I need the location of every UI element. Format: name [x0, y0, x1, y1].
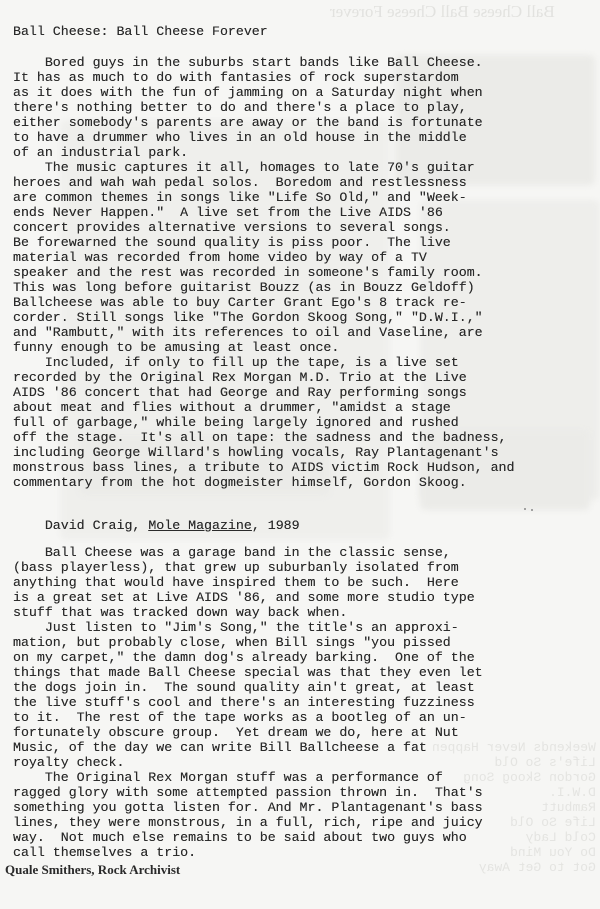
- text-line: This was long before guitarist Bouzz (as…: [13, 280, 514, 295]
- text-line: royalty check.: [13, 755, 483, 770]
- text-line: of an industrial park.: [13, 145, 514, 160]
- review-1-body: Bored guys in the suburbs start bands li…: [13, 55, 514, 490]
- text-line: corder. Still songs like "The Gordon Sko…: [13, 310, 514, 325]
- review-2-byline: Quale Smithers, Rock Archivist: [5, 862, 180, 878]
- text-line: Bored guys in the suburbs start bands li…: [13, 55, 514, 70]
- text-line: Just listen to "Jim's Song," the title's…: [13, 620, 483, 635]
- scan-speck: [531, 509, 533, 511]
- byline-year: , 1989: [252, 518, 300, 533]
- text-line: way. Not much else remains to be said ab…: [13, 830, 483, 845]
- text-line: and "Rambutt," with its references to oi…: [13, 325, 514, 340]
- text-line: speaker and the rest was recorded in som…: [13, 265, 514, 280]
- review-1-byline: David Craig, Mole Magazine, 1989: [13, 503, 300, 548]
- text-line: either somebody's parents are away or th…: [13, 115, 514, 130]
- text-line: things that made Ball Cheese special was…: [13, 665, 483, 680]
- text-line: The Original Rex Morgan stuff was a perf…: [13, 770, 483, 785]
- text-line: AIDS '86 concert that had George and Ray…: [13, 385, 514, 400]
- text-line: something you gotta listen for. And Mr. …: [13, 800, 483, 815]
- text-line: heroes and wah wah pedal solos. Boredom …: [13, 175, 514, 190]
- text-line: are common themes in songs like "Life So…: [13, 190, 514, 205]
- text-line: ends Never Happen." A live set from the …: [13, 205, 514, 220]
- document-page: Ball Cheese: Ball Cheese Forever Bored g…: [13, 0, 600, 120]
- text-line: The music captures it all, homages to la…: [13, 160, 514, 175]
- text-line: mation, but probably close, when Bill si…: [13, 635, 483, 650]
- scan-speck: [524, 508, 526, 510]
- text-line: (bass playerless), that grew up suburban…: [13, 560, 483, 575]
- byline-author: David Craig,: [45, 518, 148, 533]
- text-line: monstrous bass lines, a tribute to AIDS …: [13, 460, 514, 475]
- text-line: the dogs join in. The sound quality ain'…: [13, 680, 483, 695]
- text-line: as it does with the fun of jamming on a …: [13, 85, 514, 100]
- text-line: the live stuff's cool and there's an int…: [13, 695, 483, 710]
- text-line: concert provides alternative versions to…: [13, 220, 514, 235]
- text-line: fortunately obscure group. Yet dream we …: [13, 725, 483, 740]
- text-line: Ball Cheese was a garage band in the cla…: [13, 545, 483, 560]
- text-line: ragged glory with some attempted passion…: [13, 785, 483, 800]
- text-line: anything that would have inspired them t…: [13, 575, 483, 590]
- text-line: stuff that was tracked down way back whe…: [13, 605, 483, 620]
- byline-publication: Mole Magazine: [148, 518, 251, 533]
- text-line: recorded by the Original Rex Morgan M.D.…: [13, 370, 514, 385]
- text-line: to have a drummer who lives in an old ho…: [13, 130, 514, 145]
- text-line: material was recorded from home video by…: [13, 250, 514, 265]
- text-line: call themselves a trio.: [13, 845, 483, 860]
- review-2-body: Ball Cheese was a garage band in the cla…: [13, 545, 483, 860]
- text-line: funny enough to be amusing at least once…: [13, 340, 514, 355]
- text-line: on my carpet," the damn dog's already ba…: [13, 650, 483, 665]
- text-line: Music, of the day we can write Bill Ball…: [13, 740, 483, 755]
- text-line: off the stage. It's all on tape: the sad…: [13, 430, 514, 445]
- text-line: commentary from the hot dogmeister himse…: [13, 475, 514, 490]
- text-line: Included, if only to fill up the tape, i…: [13, 355, 514, 370]
- text-line: Ballcheese was able to buy Carter Grant …: [13, 295, 514, 310]
- text-line: to it. The rest of the tape works as a b…: [13, 710, 483, 725]
- review-title: Ball Cheese: Ball Cheese Forever: [13, 24, 268, 39]
- text-line: is a great set at Live AIDS '86, and som…: [13, 590, 483, 605]
- text-line: full of garbage," while being largely ig…: [13, 415, 514, 430]
- text-line: lines, they were monstrous, in a full, r…: [13, 815, 483, 830]
- text-line: It has as much to do with fantasies of r…: [13, 70, 514, 85]
- text-line: Be forewarned the sound quality is piss …: [13, 235, 514, 250]
- text-line: about meat and flies without a drummer, …: [13, 400, 514, 415]
- text-line: including George Willard's howling vocal…: [13, 445, 514, 460]
- text-line: there's nothing better to do and there's…: [13, 100, 514, 115]
